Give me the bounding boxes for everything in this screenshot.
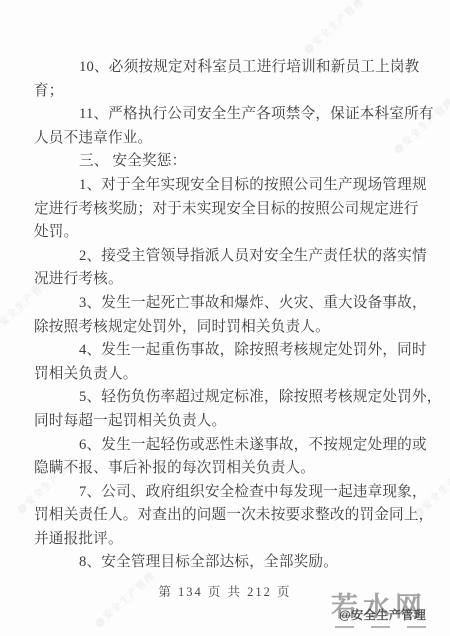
document-line: 定进行考核奖励；对于未实现安全目标的按照公司规定进行	[34, 198, 419, 222]
document-body-text: 10、必须按规定对科室员工进行培训和新员工上岗教育；11、严格执行公司安全生产各…	[34, 56, 419, 575]
document-line: 况进行考核。	[34, 268, 419, 292]
document-line: 1、对于全年实现安全目标的按照公司生产现场管理规	[34, 174, 419, 198]
document-line: 人员不违章作业。	[34, 127, 419, 151]
watermark-underline	[407, 626, 426, 628]
document-line: 3、发生一起死亡事故和爆炸、火灾、重大设备事故，	[34, 292, 419, 316]
document-line: 三、 安全奖惩：	[34, 150, 419, 174]
brand-watermark: 若水网 @安全生产管理	[331, 592, 449, 634]
document-line: 2、接受主管领导指派人员对安全生产责任状的落实情	[34, 245, 419, 269]
watermark-handle: @安全生产管理	[339, 606, 426, 623]
document-page: 10、必须按规定对科室员工进行培训和新员工上岗教育；11、严格执行公司安全生产各…	[0, 0, 450, 636]
watermark-underline	[335, 626, 354, 628]
document-line: 7、公司、政府组织安全检查中每发现一起违章现象，	[34, 481, 419, 505]
document-line: 罚相关责任人。对查出的问题一次未按要求整改的罚金同上，	[34, 504, 419, 528]
document-line: 10、必须按规定对科室员工进行培训和新员工上岗教	[34, 56, 419, 80]
document-line: 隐瞒不报、事后补报的每次罚相关负责人。	[34, 457, 419, 481]
document-line: 5、轻伤负伤率超过规定标准，除按照考核规定处罚外，	[34, 386, 419, 410]
document-line: 处罚。	[34, 221, 419, 245]
document-line: 4、发生一起重伤事故，除按照考核规定处罚外，同时	[34, 339, 419, 363]
document-line: 育；	[34, 80, 419, 104]
document-line: 罚相关负责人。	[34, 363, 419, 387]
watermark-underlines	[335, 626, 426, 628]
document-line: 除按照考核规定处罚外，同时罚相关负责人。	[34, 316, 419, 340]
diagonal-watermark: @安全生产管理	[300, 0, 367, 56]
document-line: 同时每超一起罚相关负责人。	[34, 410, 419, 434]
document-line: 11、严格执行公司安全生产各项禁令，保证本科室所有	[34, 103, 419, 127]
document-line: 并通报批评。	[34, 528, 419, 552]
document-line: 8、安全管理目标全部达标，全部奖励。	[34, 551, 419, 575]
watermark-underline	[371, 626, 390, 628]
document-line: 6、发生一起轻伤或恶性未遂事故，不按规定处理的或	[34, 434, 419, 458]
